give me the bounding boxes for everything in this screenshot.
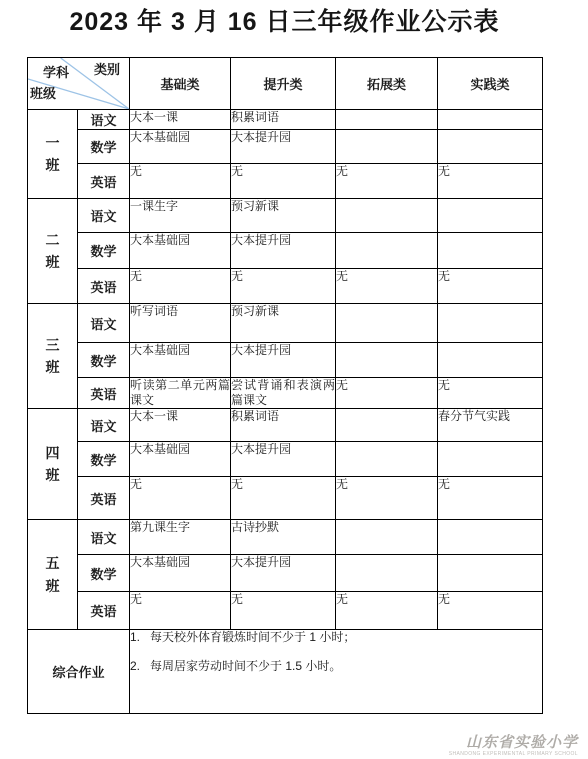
subject-label: 数学 [78, 442, 130, 477]
composite-item-2: 2.每周居家劳动时间不少于 1.5 小时。 [130, 659, 542, 675]
table-row: 英语 听读第二单元两篇课文 尝试背诵和表演两篇课文 无 无 [28, 378, 543, 409]
table-row: 二班 语文 一课生字 预习新课 [28, 199, 543, 233]
homework-cell: 无 [130, 592, 231, 630]
homework-cell: 大本基础园 [130, 442, 231, 477]
homework-cell: 无 [336, 269, 438, 304]
homework-cell: 无 [438, 477, 543, 520]
column-header-improve: 提升类 [231, 58, 336, 110]
homework-cell: 无 [438, 269, 543, 304]
homework-cell: 大本提升园 [231, 130, 336, 164]
homework-cell [336, 304, 438, 343]
composite-item-1: 1.每天校外体育锻炼时间不少于 1 小时； [130, 630, 542, 646]
homework-cell: 大本基础园 [130, 233, 231, 269]
column-header-expand: 拓展类 [336, 58, 438, 110]
homework-cell: 无 [438, 164, 543, 199]
class-name-5: 五班 [28, 520, 78, 630]
homework-cell: 积累词语 [231, 409, 336, 442]
homework-cell [336, 233, 438, 269]
subject-label: 数学 [78, 343, 130, 378]
homework-cell: 大本基础园 [130, 130, 231, 164]
homework-cell [438, 520, 543, 555]
homework-cell: 无 [231, 269, 336, 304]
subject-label: 数学 [78, 130, 130, 164]
school-name-cn: 山东省实验小学 [449, 735, 578, 752]
item-text: 每天校外体育锻炼时间不少于 1 小时； [150, 630, 355, 644]
homework-cell: 大本提升园 [231, 442, 336, 477]
homework-cell: 无 [336, 592, 438, 630]
school-watermark: 山东省实验小学 SHANDONG EXPERIMENTAL PRIMARY SC… [449, 735, 578, 758]
homework-cell [336, 409, 438, 442]
homework-cell: 无 [438, 592, 543, 630]
document-page: 2023 年 3 月 16 日三年级作业公示表 学科 类别 班级 基础类 提升类 [0, 0, 588, 759]
class-name-1: 一班 [28, 110, 78, 199]
table-row: 五班 语文 第九课生字 古诗抄默 [28, 520, 543, 555]
subject-label: 语文 [78, 110, 130, 130]
subject-label: 语文 [78, 199, 130, 233]
homework-cell: 听写词语 [130, 304, 231, 343]
homework-cell [336, 199, 438, 233]
corner-subject-label: 学科 [43, 66, 69, 79]
table-row: 三班 语文 听写词语 预习新课 [28, 304, 543, 343]
homework-cell: 无 [130, 477, 231, 520]
homework-cell: 大本一课 [130, 110, 231, 130]
homework-cell: 积累词语 [231, 110, 336, 130]
homework-cell: 听读第二单元两篇课文 [130, 378, 231, 409]
homework-cell: 大本提升园 [231, 343, 336, 378]
homework-cell: 无 [231, 164, 336, 199]
composite-content: 1.每天校外体育锻炼时间不少于 1 小时； 2.每周居家劳动时间不少于 1.5 … [130, 630, 543, 714]
homework-cell: 春分节气实践 [438, 409, 543, 442]
homework-cell [438, 130, 543, 164]
homework-cell: 预习新课 [231, 304, 336, 343]
class-name-3: 三班 [28, 304, 78, 409]
homework-cell: 大本一课 [130, 409, 231, 442]
subject-label: 英语 [78, 592, 130, 630]
table-row: 英语 无 无 无 无 [28, 269, 543, 304]
homework-cell: 第九课生字 [130, 520, 231, 555]
item-text: 每周居家劳动时间不少于 1.5 小时。 [150, 659, 341, 673]
homework-cell [336, 110, 438, 130]
table-row: 英语 无 无 无 无 [28, 477, 543, 520]
homework-cell [438, 110, 543, 130]
page-title: 2023 年 3 月 16 日三年级作业公示表 [27, 2, 542, 38]
subject-label: 英语 [78, 378, 130, 409]
table-row: 数学 大本基础园 大本提升园 [28, 343, 543, 378]
school-name-en: SHANDONG EXPERIMENTAL PRIMARY SCHOOL [449, 751, 578, 757]
item-number: 1. [130, 630, 140, 646]
table-row: 四班 语文 大本一课 积累词语 春分节气实践 [28, 409, 543, 442]
table-row: 数学 大本基础园 大本提升园 [28, 233, 543, 269]
homework-cell [438, 233, 543, 269]
homework-cell: 预习新课 [231, 199, 336, 233]
column-header-practice: 实践类 [438, 58, 543, 110]
homework-cell: 大本提升园 [231, 555, 336, 592]
subject-label: 英语 [78, 477, 130, 520]
homework-table: 学科 类别 班级 基础类 提升类 拓展类 实践类 一班 语文 大本一课 积累词语… [27, 57, 543, 714]
homework-cell: 无 [231, 477, 336, 520]
homework-cell [438, 343, 543, 378]
homework-cell [438, 199, 543, 233]
table-row: 一班 语文 大本一课 积累词语 [28, 110, 543, 130]
homework-cell: 古诗抄默 [231, 520, 336, 555]
subject-label: 数学 [78, 555, 130, 592]
homework-cell: 大本提升园 [231, 233, 336, 269]
class-name-4: 四班 [28, 409, 78, 520]
homework-cell [336, 343, 438, 378]
homework-cell: 一课生字 [130, 199, 231, 233]
corner-category-label: 类别 [94, 63, 120, 76]
homework-cell: 无 [438, 378, 543, 409]
table-row: 数学 大本基础园 大本提升园 [28, 555, 543, 592]
subject-label: 英语 [78, 269, 130, 304]
homework-cell: 尝试背诵和表演两篇课文 [231, 378, 336, 409]
subject-label: 语文 [78, 409, 130, 442]
homework-cell: 无 [130, 164, 231, 199]
corner-class-label: 班级 [30, 87, 56, 100]
homework-cell: 无 [231, 592, 336, 630]
column-header-basic: 基础类 [130, 58, 231, 110]
header-row: 学科 类别 班级 基础类 提升类 拓展类 实践类 [28, 58, 543, 110]
table-row: 数学 大本基础园 大本提升园 [28, 130, 543, 164]
item-number: 2. [130, 659, 140, 675]
subject-label: 语文 [78, 520, 130, 555]
homework-cell: 无 [336, 477, 438, 520]
homework-cell: 无 [336, 378, 438, 409]
composite-label: 综合作业 [28, 630, 130, 714]
corner-header-cell: 学科 类别 班级 [28, 58, 130, 110]
homework-cell [336, 520, 438, 555]
homework-cell: 无 [336, 164, 438, 199]
homework-cell [438, 304, 543, 343]
table-row: 英语 无 无 无 无 [28, 164, 543, 199]
table-row: 数学 大本基础园 大本提升园 [28, 442, 543, 477]
subject-label: 语文 [78, 304, 130, 343]
homework-cell [438, 442, 543, 477]
subject-label: 英语 [78, 164, 130, 199]
table-row: 英语 无 无 无 无 [28, 592, 543, 630]
homework-cell: 大本基础园 [130, 343, 231, 378]
homework-cell [336, 130, 438, 164]
homework-cell: 大本基础园 [130, 555, 231, 592]
composite-row: 综合作业 1.每天校外体育锻炼时间不少于 1 小时； 2.每周居家劳动时间不少于… [28, 630, 543, 714]
homework-cell [336, 555, 438, 592]
homework-cell [336, 442, 438, 477]
homework-cell [438, 555, 543, 592]
subject-label: 数学 [78, 233, 130, 269]
class-name-2: 二班 [28, 199, 78, 304]
homework-cell: 无 [130, 269, 231, 304]
